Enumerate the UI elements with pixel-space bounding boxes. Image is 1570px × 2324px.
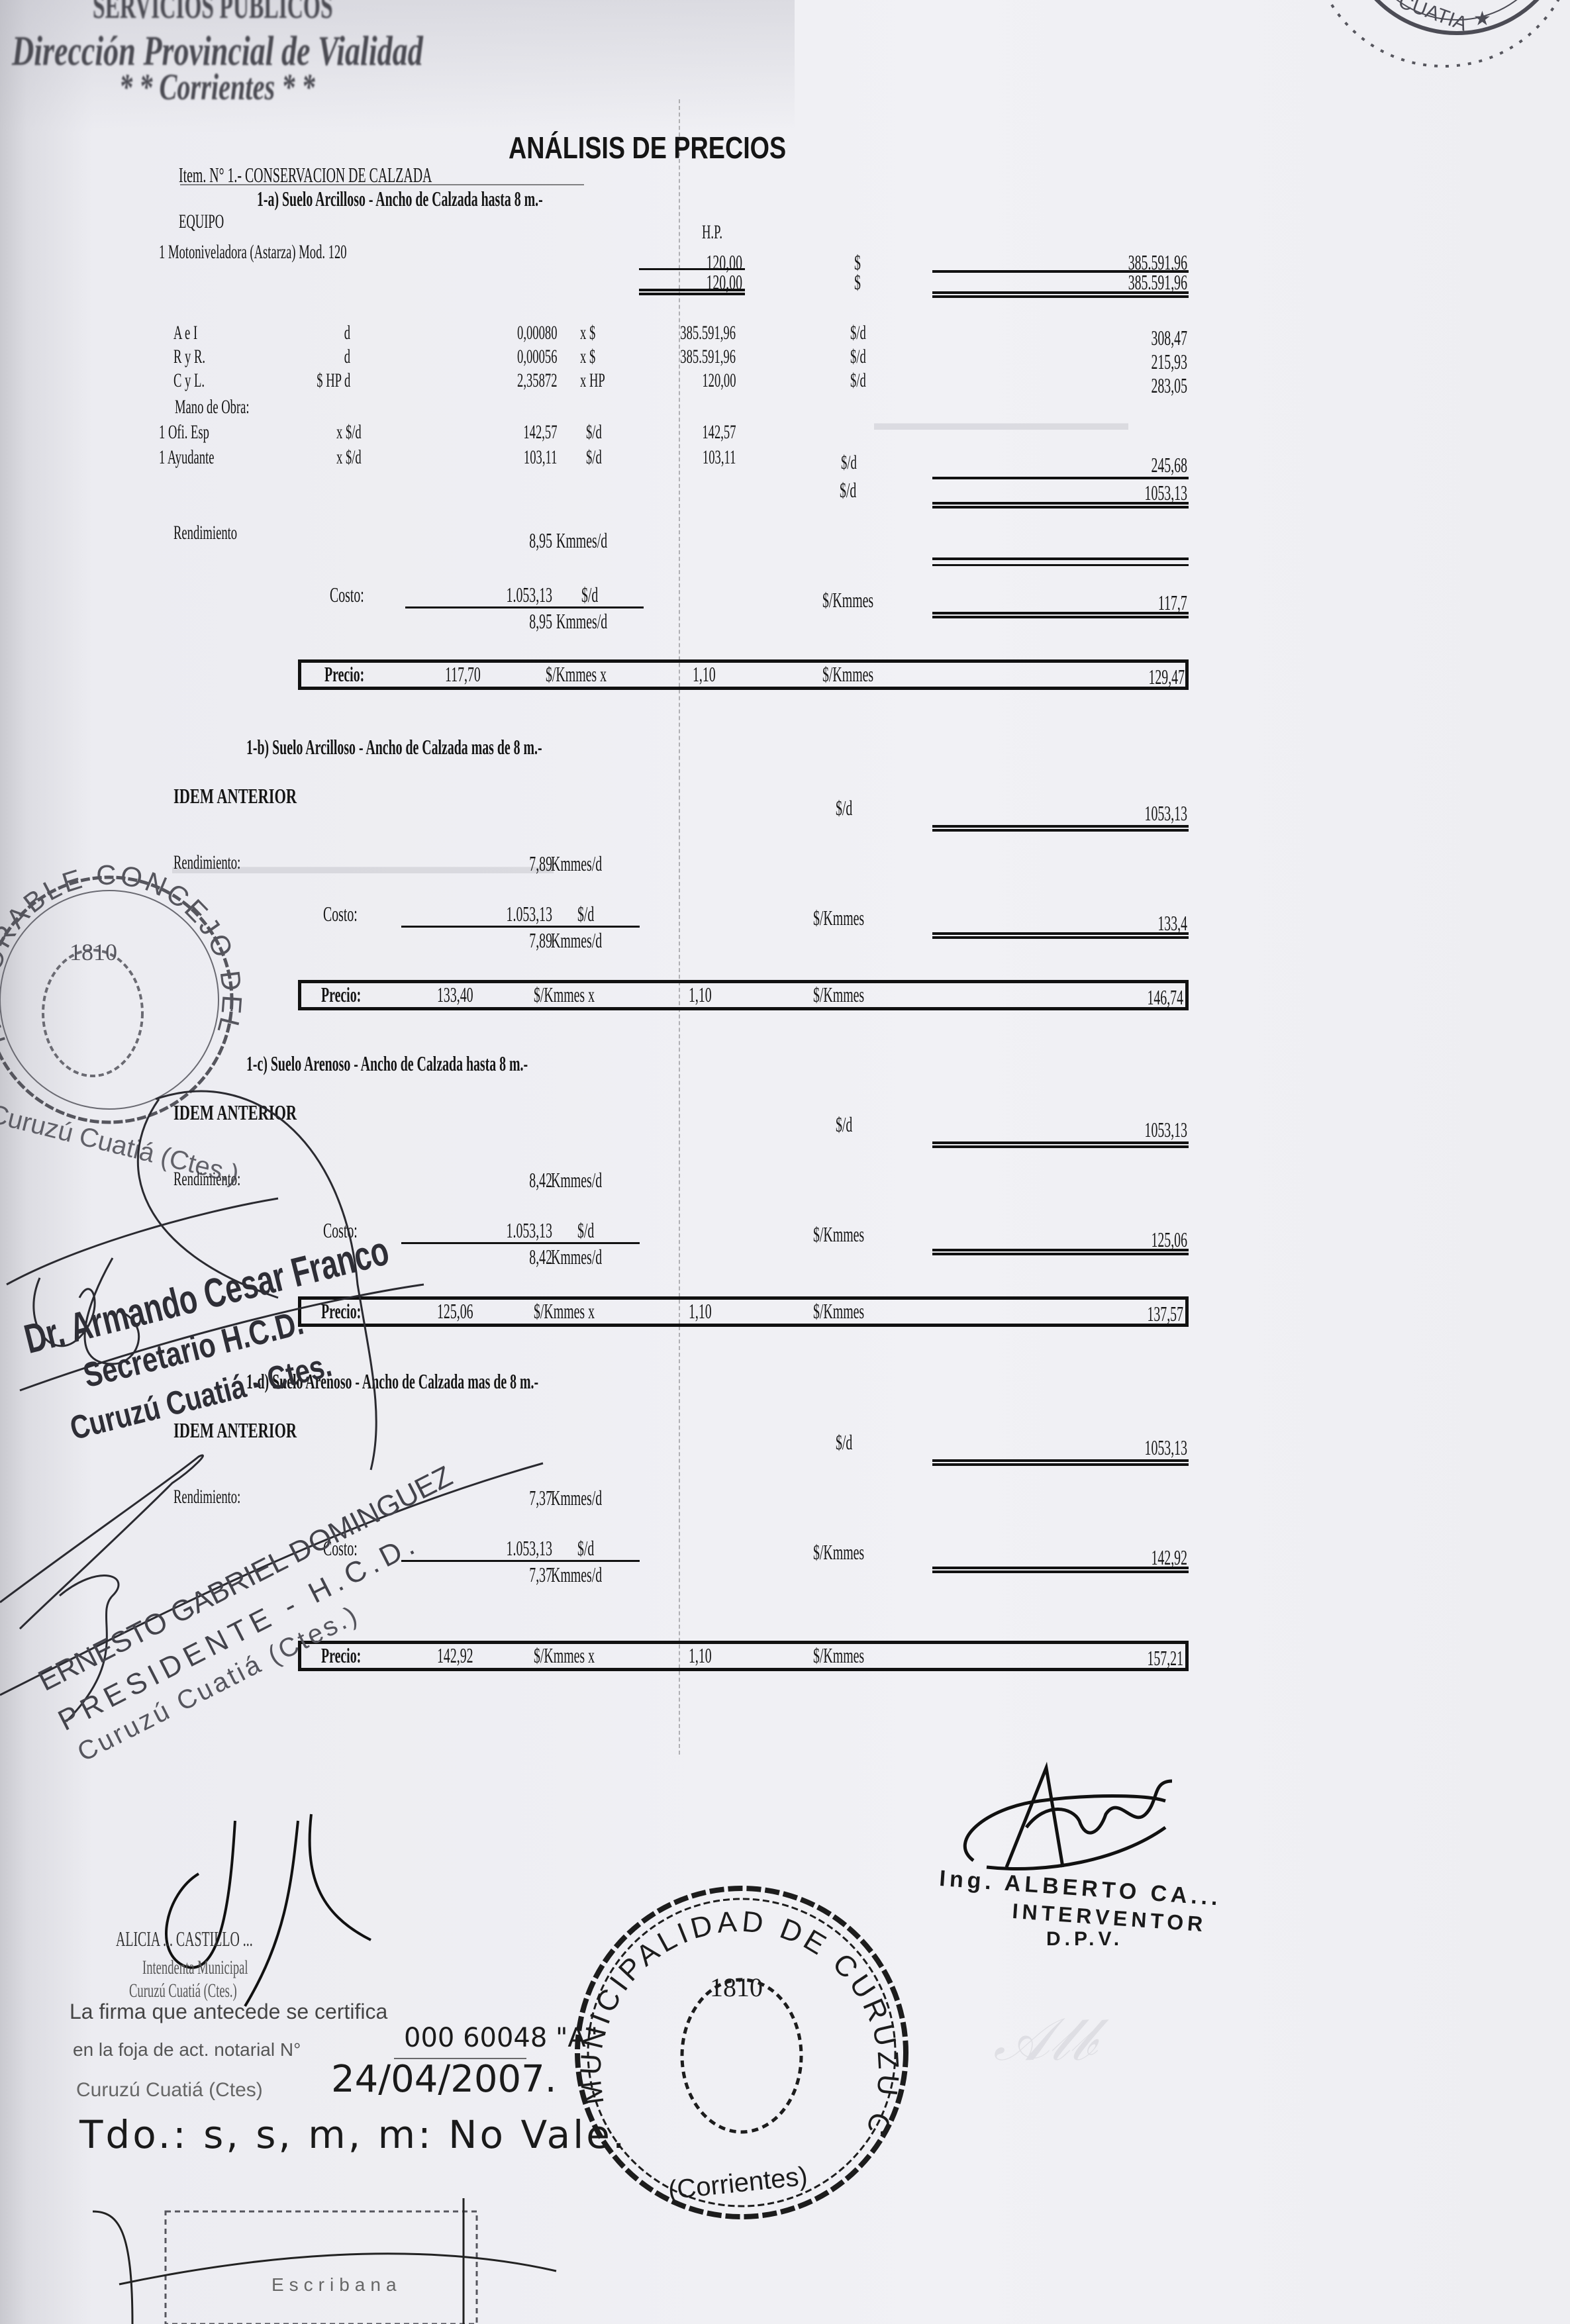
- rendimiento-value-b: 7,89: [529, 851, 552, 875]
- rendimiento-label-b: Rendimiento:: [173, 851, 240, 874]
- precio-unit-c: $/Kmmes: [813, 1299, 864, 1323]
- labor-row-unit: x $/d: [336, 421, 362, 444]
- item-underline: [180, 184, 584, 185]
- equipo-label: EQUIPO: [179, 211, 224, 233]
- precio-factor-a: 1,10: [693, 662, 716, 686]
- cost-row-unit: $ HP d: [317, 369, 350, 392]
- svg-text:1810: 1810: [70, 939, 117, 965]
- foja-number-handwritten: 000 60048 "A": [404, 2023, 598, 2053]
- costo-label: Costo:: [330, 583, 364, 606]
- cost-row-unit: d: [344, 322, 350, 344]
- item-label: Item. N° 1.- CONSERVACION DE CALZADA: [179, 163, 432, 187]
- province-name: * * Corrientes * *: [119, 66, 315, 109]
- costo-result-rule-b: [932, 932, 1189, 939]
- precio-value-d: 157,21: [1147, 1646, 1183, 1670]
- daily-total-b: 1053,13: [1145, 801, 1187, 825]
- signature-interventor-icon: [947, 1755, 1251, 1887]
- costo-numerator-unit-b: $/d: [577, 902, 594, 926]
- cost-row-result: 308,47: [1151, 326, 1187, 350]
- rendimiento-value: 8,95: [529, 528, 552, 552]
- cost-row-label: R y R.: [173, 346, 205, 368]
- svg-text:★: ★: [1473, 8, 1491, 30]
- daily-total-rule-b: [932, 825, 1189, 832]
- labor-row-label: 1 Ayudante: [159, 446, 215, 469]
- precio-label-a: Precio:: [324, 662, 364, 686]
- cost-row-base: 385.591,96: [680, 346, 736, 368]
- precio-base-a: 117,70: [445, 662, 481, 686]
- costo-result-rule-d: [932, 1567, 1189, 1573]
- certification-line2-prefix: en la foja de act. notarial N°: [73, 2039, 301, 2060]
- rendimiento-rule-2: [932, 564, 1189, 566]
- org-top-text: SERVICIOS PUBLICOS: [93, 0, 333, 26]
- precio-unit-a: $/Kmmes: [822, 662, 873, 686]
- daily-unit-d: $/d: [836, 1430, 852, 1454]
- certifier-name: ALICIA ... CASTILLO ...: [116, 1927, 253, 1951]
- cost-row-base: 120,00: [702, 369, 736, 392]
- precio-base-unit-a: $/Kmmes x: [546, 662, 607, 686]
- interventor-stamp-line3: D.P.V.: [1046, 1928, 1123, 1951]
- costo-result-d: 142,92: [1151, 1545, 1187, 1569]
- costo-result-unit-b: $/Kmmes: [813, 906, 864, 930]
- labor-rule: [932, 477, 1189, 479]
- daily-total-rule-c: [932, 1141, 1189, 1148]
- costo-numerator-b: 1.053,13: [507, 902, 552, 926]
- rendimiento-unit-b: Kmmes/d: [551, 851, 602, 875]
- daily-total-rule-d: [932, 1459, 1189, 1466]
- municipalidad-seal-icon: MUNICIPALIDAD DE CURUZU CUATIA 1810 (Cor…: [569, 1874, 927, 2231]
- svg-text:1810: 1810: [710, 1972, 763, 2002]
- rendimiento-unit: Kmmes/d: [556, 528, 607, 552]
- bleed-through: ▬▬▬▬▬▬▬▬▬▬▬▬: [874, 411, 1128, 434]
- costo-numerator-unit: $/d: [581, 583, 598, 606]
- cost-row-label: A e I: [173, 322, 197, 344]
- costo-denominator-unit: Kmmes/d: [556, 609, 607, 633]
- section-b-heading: 1-b) Suelo Arcilloso - Ancho de Calzada …: [246, 735, 542, 759]
- daily-total-c: 1053,13: [1145, 1118, 1187, 1141]
- costo-result-double-rule: [932, 612, 1189, 618]
- cost-row-label: C y L.: [173, 369, 205, 392]
- costo-result-unit-c: $/Kmmes: [813, 1222, 864, 1246]
- labor-row-amount: 103,11: [703, 446, 736, 469]
- labor-row-label: 1 Ofi. Esp: [159, 421, 209, 444]
- svg-text:Escribana: Escribana: [271, 2274, 402, 2295]
- cost-row-result: 215,93: [1151, 350, 1187, 373]
- cost-row-result: 283,05: [1151, 373, 1187, 397]
- daily-unit-b: $/d: [836, 796, 852, 820]
- labor-row-rate-unit: $/d: [586, 421, 602, 444]
- value-double-rule: [932, 291, 1189, 298]
- total-value: 385.591,96: [1128, 270, 1187, 294]
- certification-date-handwritten: 24/04/2007.: [331, 2058, 557, 2101]
- hp-header: H.P.: [702, 221, 722, 244]
- daily-total-d: 1053,13: [1145, 1435, 1187, 1459]
- certifier-place: Curuzú Cuatiá (Ctes.): [129, 1980, 237, 2002]
- labor-row-unit: x $/d: [336, 446, 362, 469]
- labor-row-amount: 142,57: [702, 421, 736, 444]
- daily-total-unit: $/d: [840, 478, 856, 502]
- ghost-signature: 𝒜𝓁𝒷: [993, 2006, 1095, 2075]
- labor-row-result: 245,68: [1151, 453, 1187, 477]
- certifier-role: Intendenta Municipal: [142, 1957, 248, 1979]
- hp-double-rule: [639, 289, 745, 295]
- costo-denominator-b: 7,89: [529, 928, 552, 952]
- cost-row-base: 385.591,96: [680, 322, 736, 344]
- notary-stamp-icon: Escribana: [79, 2192, 543, 2324]
- costo-fraction-bar-b: [401, 926, 640, 928]
- certification-note-handwritten: Tdo.: s, s, m, m: No Vale.: [79, 2112, 627, 2157]
- precio-value-c: 137,57: [1147, 1302, 1183, 1326]
- cost-row-op: x HP: [580, 369, 605, 392]
- labor-row-rate: 142,57: [523, 421, 557, 444]
- costo-result-c: 125,06: [1151, 1228, 1187, 1251]
- costo-result-unit-d: $/Kmmes: [813, 1540, 864, 1564]
- costo-fraction-bar: [405, 606, 644, 608]
- cost-row-factor: 0,00080: [517, 322, 557, 344]
- cost-row-unit: d: [344, 346, 350, 368]
- rendimiento-label: Rendimiento: [173, 522, 237, 544]
- precio-factor-d: 1,10: [689, 1643, 712, 1667]
- costo-numerator: 1.053,13: [507, 583, 552, 606]
- precio-unit-d: $/Kmmes: [813, 1643, 864, 1667]
- top-right-seal-icon: CUATIA ★: [1298, 0, 1570, 79]
- cost-row-op: x $: [580, 322, 595, 344]
- cost-row-factor: 2,35872: [517, 369, 557, 392]
- idem-anterior-b: IDEM ANTERIOR: [173, 784, 297, 808]
- precio-value-a: 129,47: [1148, 665, 1185, 689]
- precio-value-b: 146,74: [1147, 985, 1183, 1009]
- org-top-line: SERVICIOS PUBLICOS: [93, 0, 480, 26]
- costo-result-rule-c: [932, 1249, 1189, 1255]
- costo-label-b: Costo:: [323, 902, 358, 926]
- cost-row-result-unit: $/d: [850, 369, 866, 392]
- cost-row-result-unit: $/d: [850, 346, 866, 368]
- section-a-heading: 1-a) Suelo Arcilloso - Ancho de Calzada …: [257, 187, 543, 211]
- costo-denominator: 8,95: [529, 609, 552, 633]
- certification-line1: La firma que antecede se certifica: [70, 2000, 387, 2024]
- page-title: ANÁLISIS DE PRECIOS: [509, 130, 786, 166]
- certification-place: Curuzú Cuatiá (Ctes): [76, 2079, 263, 2102]
- labor-row-result-unit: $/d: [841, 452, 857, 474]
- daily-total: 1053,13: [1145, 481, 1187, 505]
- daily-unit-c: $/d: [836, 1112, 852, 1136]
- equipment-desc: 1 Motoniveladora (Astarza) Mod. 120: [159, 241, 347, 264]
- precio-box-a: [298, 659, 1189, 690]
- costo-result: 117,7: [1158, 591, 1187, 614]
- daily-total-double-rule: [932, 502, 1189, 508]
- mano-de-obra-label: Mano de Obra:: [175, 396, 250, 418]
- cost-row-factor: 0,00056: [517, 346, 557, 368]
- labor-row-rate: 103,11: [524, 446, 557, 469]
- cost-row-result-unit: $/d: [850, 322, 866, 344]
- costo-result-b: 133,4: [1157, 911, 1187, 935]
- costo-denominator-unit-b: Kmmes/d: [551, 928, 602, 952]
- precio-unit-b: $/Kmmes: [813, 983, 864, 1006]
- cost-row-op: x $: [580, 346, 595, 368]
- total-currency: $: [854, 270, 861, 294]
- labor-row-rate-unit: $/d: [586, 446, 602, 469]
- costo-result-unit: $/Kmmes: [822, 588, 873, 612]
- rendimiento-rule-1: [932, 557, 1189, 560]
